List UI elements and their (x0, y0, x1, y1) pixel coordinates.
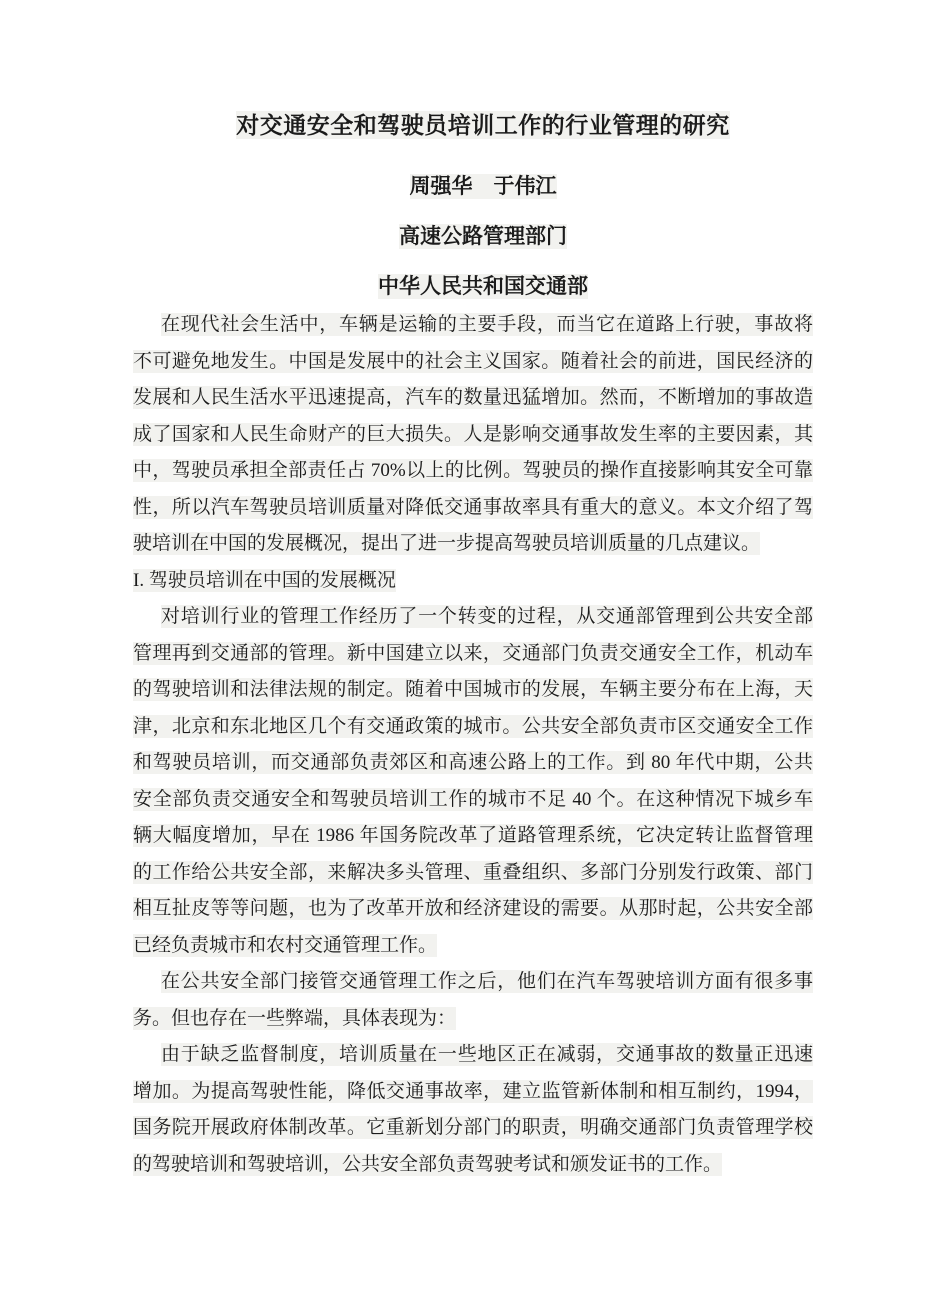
text-run: 增加。为提高驾驶性能，降低交通事故率，建立监管新体制和相互制约，1994， (133, 1080, 813, 1103)
affiliation-department: 高速公路管理部门 (133, 222, 813, 252)
paper-title: 对交通安全和驾驶员培训工作的行业管理的研究 (133, 110, 813, 140)
text-run: 不可避免地发生。中国是发展中的社会主义国家。随着社会的前进，国民经济的 (133, 350, 813, 373)
text-line: 管理再到交通部的管理。新中国建立以来，交通部门负责交通安全工作，机动车 (133, 636, 813, 673)
text-line: 的工作给公共安全部，来解决多头管理、重叠组织、多部门分别发行政策、部门 (133, 855, 813, 892)
text-run: 对培训行业的管理工作经历了一个转变的过程，从交通部管理到公共安全部 (161, 605, 813, 628)
text-line: 成了国家和人民生命财产的巨大损失。人是影响交通事故发生率的主要因素，其 (133, 417, 813, 454)
text-run: 管理再到交通部的管理。新中国建立以来，交通部门负责交通安全工作，机动车 (133, 642, 813, 665)
text-line: 性，所以汽车驾驶员培训质量对降低交通事故率具有重大的意义。本文介绍了驾 (133, 490, 813, 527)
text-run: 相互扯皮等等问题，也为了改革开放和经济建设的需要。从那时起，公共安全部 (133, 897, 813, 920)
text-line: 国务院开展政府体制改革。它重新划分部门的职责，明确交通部门负责管理学校 (133, 1110, 813, 1147)
text-line: 津，北京和东北地区几个有交通政策的城市。公共安全部负责市区交通安全工作 (133, 709, 813, 746)
affiliation-department-text: 高速公路管理部门 (399, 224, 567, 249)
text-line: 已经负责城市和农村交通管理工作。 (133, 928, 813, 965)
document-body: 在现代社会生活中，车辆是运输的主要手段，而当它在道路上行驶，事故将 不可避免地发… (133, 307, 813, 1183)
text-line: 在现代社会生活中，车辆是运输的主要手段，而当它在道路上行驶，事故将 (133, 307, 813, 344)
text-line: 驶培训在中国的发展概况，提出了进一步提高驾驶员培训质量的几点建议。 (133, 526, 813, 563)
text-line: 在公共安全部门接管交通管理工作之后，他们在汽车驾驶培训方面有很多事 (133, 964, 813, 1001)
text-run: 性，所以汽车驾驶员培训质量对降低交通事故率具有重大的意义。本文介绍了驾 (133, 496, 813, 519)
text-run: 由于缺乏监督制度，培训质量在一些地区正在减弱，交通事故的数量正迅速 (161, 1043, 813, 1066)
text-line: 相互扯皮等等问题，也为了改革开放和经济建设的需要。从那时起，公共安全部 (133, 891, 813, 928)
paper-authors-text: 周强华 于伟江 (410, 174, 557, 199)
document-content: 对交通安全和驾驶员培训工作的行业管理的研究 周强华 于伟江 高速公路管理部门 中… (0, 0, 926, 1183)
text-line: 和驾驶员培训，而交通部负责郊区和高速公路上的工作。到 80 年代中期，公共 (133, 745, 813, 782)
abstract-paragraph: 在现代社会生活中，车辆是运输的主要手段，而当它在道路上行驶，事故将 不可避免地发… (133, 307, 813, 563)
paragraph-2: 在公共安全部门接管交通管理工作之后，他们在汽车驾驶培训方面有很多事 务。但也存在… (133, 964, 813, 1037)
text-run: 在公共安全部门接管交通管理工作之后，他们在汽车驾驶培训方面有很多事 (161, 970, 813, 993)
text-line: 对培训行业的管理工作经历了一个转变的过程，从交通部管理到公共安全部 (133, 599, 813, 636)
text-run: 的驾驶培训和驾驶培训，公共安全部负责驾驶考试和颁发证书的工作。 (133, 1153, 722, 1176)
text-run: 务。但也存在一些弊端，具体表现为： (133, 1007, 456, 1030)
text-line: 中，驾驶员承担全部责任占 70%以上的比例。驾驶员的操作直接影响其安全可靠 (133, 453, 813, 490)
text-line: 的驾驶培训和驾驶培训，公共安全部负责驾驶考试和颁发证书的工作。 (133, 1147, 813, 1184)
text-line: 增加。为提高驾驶性能，降低交通事故率，建立监管新体制和相互制约，1994， (133, 1074, 813, 1111)
text-line: 务。但也存在一些弊端，具体表现为： (133, 1001, 813, 1038)
text-run: 的工作给公共安全部，来解决多头管理、重叠组织、多部门分别发行政策、部门 (133, 861, 813, 884)
paragraph-3: 由于缺乏监督制度，培训质量在一些地区正在减弱，交通事故的数量正迅速 增加。为提高… (133, 1037, 813, 1183)
text-run: 发展和人民生活水平迅速提高，汽车的数量迅猛增加。然而，不断增加的事故造 (133, 386, 813, 409)
text-run: 辆大幅度增加，早在 1986 年国务院改革了道路管理系统，它决定转让监督管理 (133, 824, 813, 847)
text-run: 在现代社会生活中，车辆是运输的主要手段，而当它在道路上行驶，事故将 (161, 313, 813, 336)
text-run: 国务院开展政府体制改革。它重新划分部门的职责，明确交通部门负责管理学校 (133, 1116, 813, 1139)
paper-authors: 周强华 于伟江 (133, 172, 813, 202)
text-line: 的驾驶培训和法律法规的制定。随着中国城市的发展，车辆主要分布在上海，天 (133, 672, 813, 709)
text-run: 和驾驶员培训，而交通部负责郊区和高速公路上的工作。到 80 年代中期，公共 (133, 751, 813, 774)
paper-title-text: 对交通安全和驾驶员培训工作的行业管理的研究 (236, 111, 730, 139)
text-run: 中，驾驶员承担全部责任占 70%以上的比例。驾驶员的操作直接影响其安全可靠 (133, 459, 813, 482)
section-1-heading-text: I. 驾驶员培训在中国的发展概况 (133, 569, 396, 592)
text-run: 津，北京和东北地区几个有交通政策的城市。公共安全部负责市区交通安全工作 (133, 715, 813, 738)
text-line: 安全部负责交通安全和驾驶员培训工作的城市不足 40 个。在这种情况下城乡车 (133, 782, 813, 819)
text-line: 不可避免地发生。中国是发展中的社会主义国家。随着社会的前进，国民经济的 (133, 344, 813, 381)
affiliation-ministry-text: 中华人民共和国交通部 (378, 274, 588, 299)
text-line: 由于缺乏监督制度，培训质量在一些地区正在减弱，交通事故的数量正迅速 (133, 1037, 813, 1074)
affiliation-ministry: 中华人民共和国交通部 (133, 272, 813, 302)
text-run: 成了国家和人民生命财产的巨大损失。人是影响交通事故发生率的主要因素，其 (133, 423, 813, 446)
paragraph-1: 对培训行业的管理工作经历了一个转变的过程，从交通部管理到公共安全部 管理再到交通… (133, 599, 813, 964)
document-page: 对交通安全和驾驶员培训工作的行业管理的研究 周强华 于伟江 高速公路管理部门 中… (0, 0, 926, 1309)
text-run: 的驾驶培训和法律法规的制定。随着中国城市的发展，车辆主要分布在上海，天 (133, 678, 813, 701)
text-run: 安全部负责交通安全和驾驶员培训工作的城市不足 40 个。在这种情况下城乡车 (133, 788, 813, 811)
text-line: 发展和人民生活水平迅速提高，汽车的数量迅猛增加。然而，不断增加的事故造 (133, 380, 813, 417)
text-run: 驶培训在中国的发展概况，提出了进一步提高驾驶员培训质量的几点建议。 (133, 532, 760, 555)
text-line: 辆大幅度增加，早在 1986 年国务院改革了道路管理系统，它决定转让监督管理 (133, 818, 813, 855)
section-1-heading: I. 驾驶员培训在中国的发展概况 (133, 563, 813, 600)
text-run: 已经负责城市和农村交通管理工作。 (133, 934, 437, 957)
